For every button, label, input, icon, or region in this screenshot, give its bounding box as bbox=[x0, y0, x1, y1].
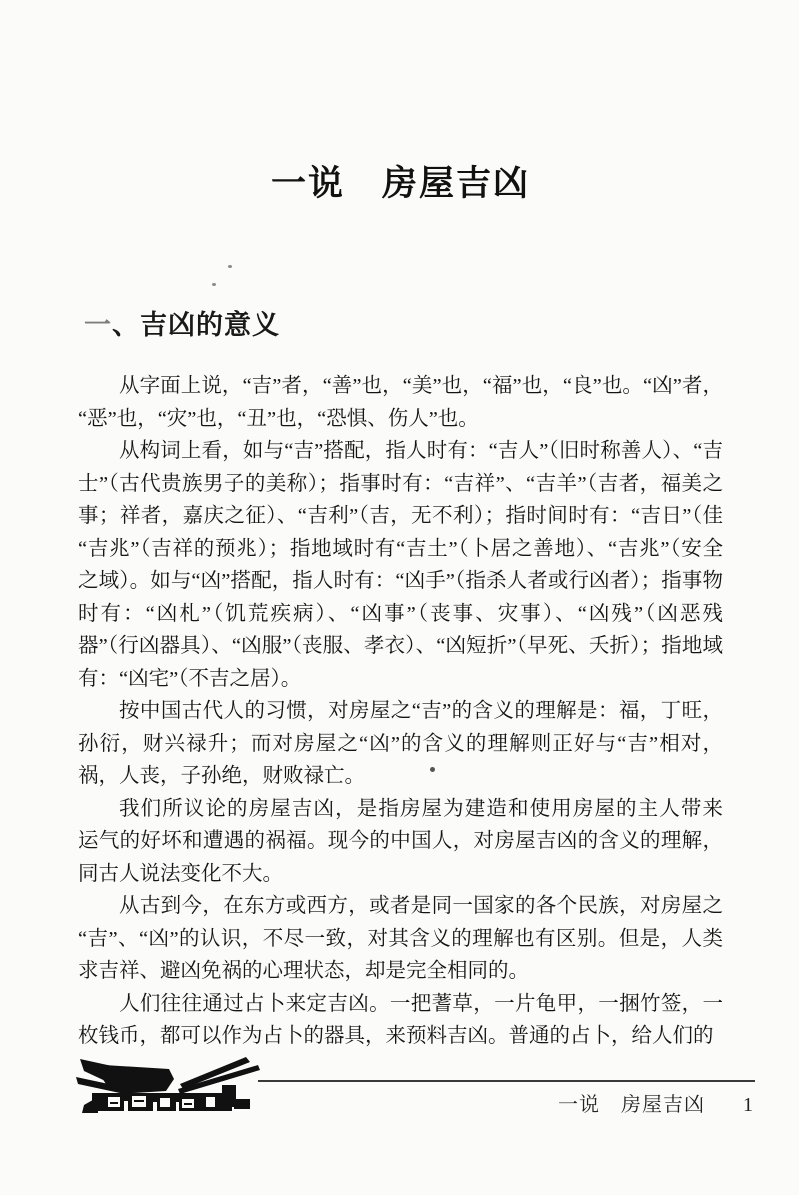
paragraph: 按中国古代人的习惯，对房屋之“吉”的含义的理解是：福，丁旺，子孙衍，财兴禄升；而… bbox=[78, 695, 723, 793]
text-line: “吉”、“凶”的认识，不尽一致，对其含义的理解也有区别。但是，人类祈 bbox=[78, 923, 723, 956]
roof-sketch-illustration bbox=[74, 1055, 262, 1119]
text-line: 器”（行凶器具）、“凶服”（丧服、孝衣）、“凶短折”（早死、夭折）；指地域时 bbox=[78, 630, 723, 663]
scan-speck bbox=[430, 767, 435, 772]
text-line: 求吉祥、避凶免祸的心理状态，却是完全相同的。 bbox=[78, 955, 723, 988]
body-text: 从字面上说，“吉”者，“善”也，“美”也，“福”也，“良”也。“凶”者，“恶”也… bbox=[78, 370, 723, 1053]
text-line: 事；祥者，嘉庆之征）、“吉利”（吉，无不利）；指时间时有：“吉日”（佳日）、 bbox=[78, 500, 723, 533]
text-line: 孙衍，财兴禄升；而对房屋之“凶”的含义的理解则正好与“吉”相对，即： bbox=[78, 728, 723, 761]
text-line: 祸，人丧，子孙绝，财败禄亡。 bbox=[78, 760, 723, 793]
paragraph: 人们往往通过占卜来定吉凶。一把蓍草，一片龟甲，一捆竹签，一枚钱币，都可以作为占卜… bbox=[78, 988, 723, 1053]
text-line: 运气的好坏和遭遇的祸福。现今的中国人，对房屋吉凶的含义的理解， bbox=[78, 825, 723, 858]
paragraph: 从古到今，在东方或西方，或者是同一国家的各个民族，对房屋之“吉”、“凶”的认识，… bbox=[78, 890, 723, 988]
text-line: 之域）。如与“凶”搭配，指人时有：“凶手”（指杀人者或行凶者）；指事物 bbox=[78, 565, 723, 598]
paragraph: 从构词上看，如与“吉”搭配，指人时有：“吉人”（旧时称善人）、“吉士”（古代贵族… bbox=[78, 435, 723, 695]
text-line: “恶”也，“灾”也，“丑”也，“恐惧、伤人”也。 bbox=[78, 403, 723, 436]
text-line: 士”（古代贵族男子的美称）；指事时有：“吉祥”、“吉羊”（吉者，福美之 bbox=[78, 468, 723, 501]
text-line: 从字面上说，“吉”者，“善”也，“美”也，“福”也，“良”也。“凶”者， bbox=[78, 370, 723, 403]
footer-running-title: 一说 房屋吉凶 bbox=[558, 1088, 705, 1117]
text-line: 从构词上看，如与“吉”搭配，指人时有：“吉人”（旧时称善人）、“吉 bbox=[78, 435, 723, 468]
text-line: 时有：“凶札”（饥荒疾病）、“凶事”（丧事、灾事）、“凶残”（凶恶残暴）、“凶 bbox=[78, 598, 723, 631]
footer-page-number: 1 bbox=[743, 1094, 753, 1117]
text-line: 人们往往通过占卜来定吉凶。一把蓍草，一片龟甲，一捆竹签，一 bbox=[78, 988, 723, 1021]
paragraph: 我们所议论的房屋吉凶，是指房屋为建造和使用房屋的主人带来运气的好坏和遭遇的祸福。… bbox=[78, 793, 723, 891]
text-line: 按中国古代人的习惯，对房屋之“吉”的含义的理解是：福，丁旺，子 bbox=[78, 695, 723, 728]
scan-speck bbox=[228, 265, 232, 268]
footer: 一说 房屋吉凶 1 bbox=[558, 1088, 753, 1117]
footer-rule bbox=[258, 1080, 755, 1082]
text-line: 从古到今，在东方或西方，或者是同一国家的各个民族，对房屋之 bbox=[78, 890, 723, 923]
text-line: “吉兆”（吉祥的预兆）；指地域时有“吉土”（卜居之善地）、“吉兆”（安全 bbox=[78, 533, 723, 566]
paragraph: 从字面上说，“吉”者，“善”也，“美”也，“福”也，“良”也。“凶”者，“恶”也… bbox=[78, 370, 723, 435]
text-line: 有：“凶宅”（不吉之居）。 bbox=[78, 663, 723, 696]
scan-speck bbox=[212, 283, 216, 286]
book-page: 一说 房屋吉凶 一、吉凶的意义 从字面上说，“吉”者，“善”也，“美”也，“福”… bbox=[0, 0, 799, 1195]
section-heading: 一、吉凶的意义 bbox=[84, 303, 280, 342]
text-line: 我们所议论的房屋吉凶，是指房屋为建造和使用房屋的主人带来 bbox=[78, 793, 723, 826]
text-line: 同古人说法变化不大。 bbox=[78, 858, 723, 891]
chapter-title: 一说 房屋吉凶 bbox=[78, 156, 723, 206]
heading-faded-char: 一 bbox=[84, 310, 112, 340]
text-line: 枚钱币，都可以作为占卜的器具，来预料吉凶。普通的占卜，给人们的 bbox=[78, 1020, 723, 1053]
